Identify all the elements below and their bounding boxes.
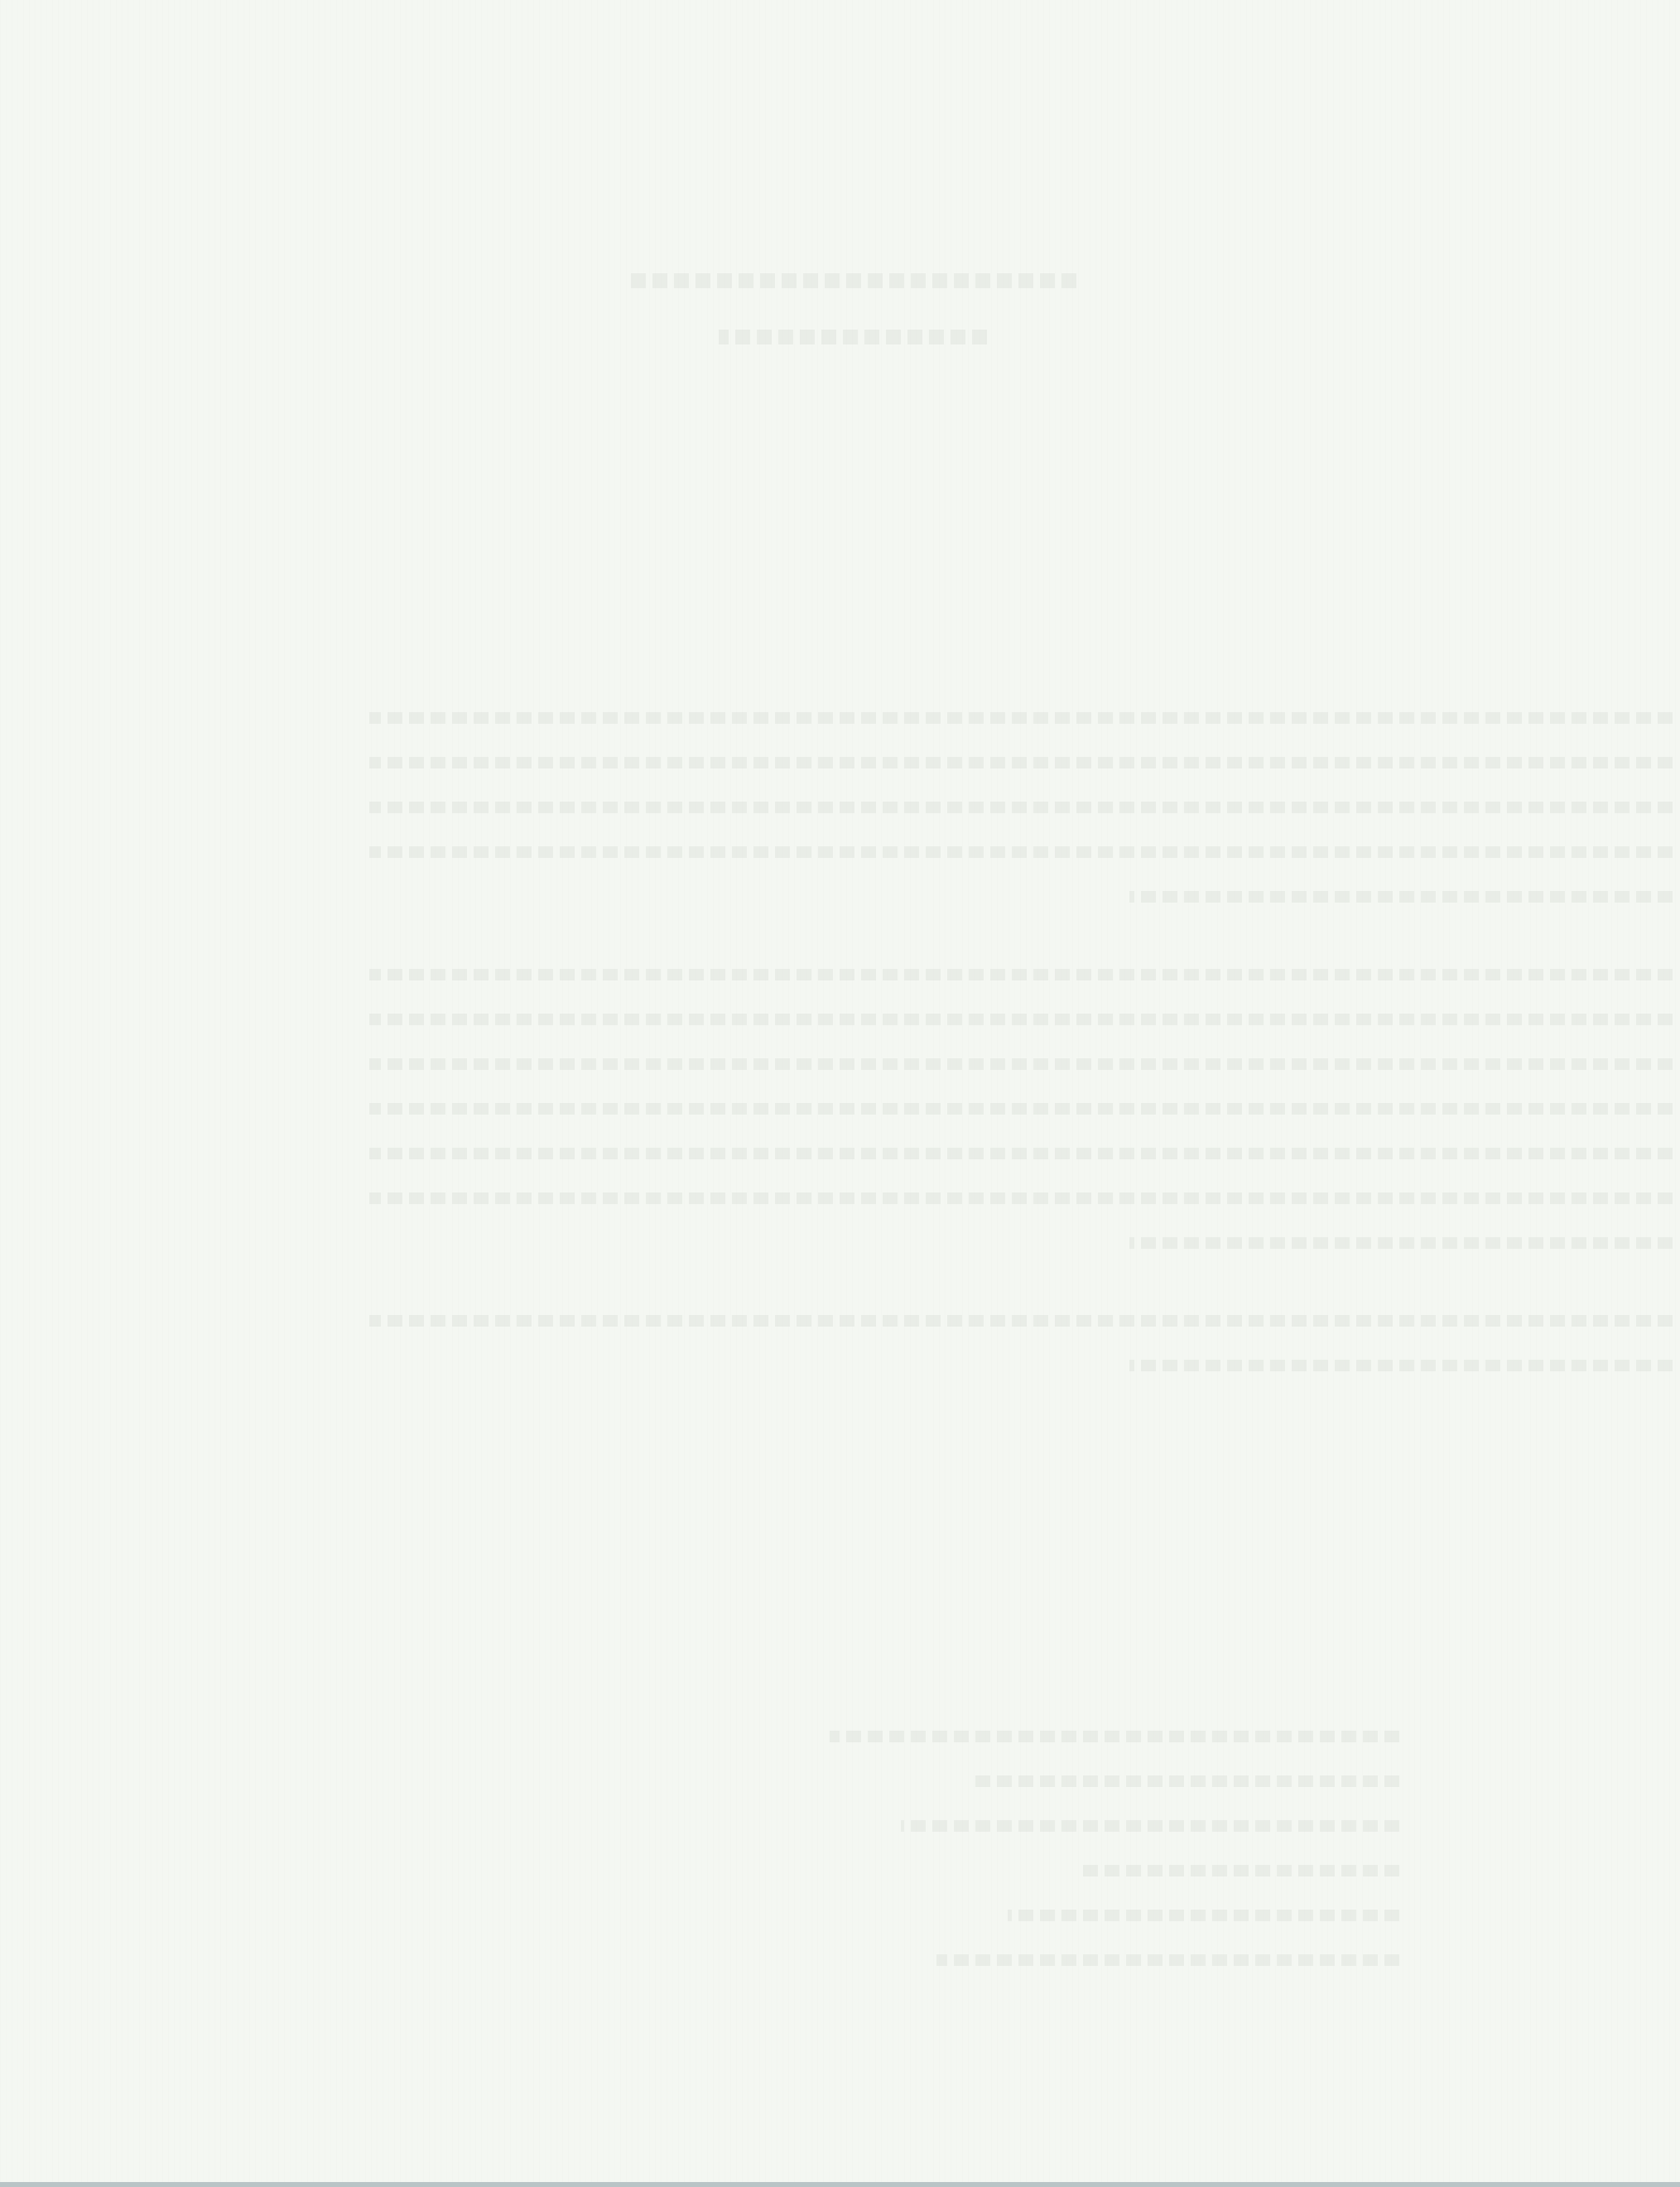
bleed-through-address — [687, 1731, 1399, 1999]
ghost-line — [1008, 1910, 1399, 1921]
ghost-line — [369, 1315, 1673, 1327]
bleed-through-body — [315, 712, 1673, 1438]
ghost-line — [369, 712, 1673, 724]
ghost-line — [369, 757, 1673, 768]
ghost-line — [369, 1192, 1673, 1204]
ghost-line — [629, 273, 1076, 288]
page-edge — [0, 2182, 1680, 2187]
ghost-line — [1129, 1360, 1673, 1371]
ghost-line — [936, 1954, 1399, 1966]
ghost-line — [369, 969, 1673, 980]
ghost-line — [369, 1103, 1673, 1115]
ghost-line — [1079, 1865, 1399, 1876]
ghost-line — [1129, 891, 1673, 903]
ghost-line — [369, 1148, 1673, 1159]
bleed-through-letterhead — [629, 273, 1076, 386]
ghost-line — [972, 1775, 1399, 1787]
ghost-line — [901, 1820, 1399, 1832]
ghost-line — [1129, 1237, 1673, 1249]
ghost-line — [369, 846, 1673, 858]
ghost-line — [369, 802, 1673, 813]
ghost-line — [830, 1731, 1399, 1742]
ghost-line — [719, 330, 987, 344]
ghost-line — [369, 1014, 1673, 1025]
ghost-line — [369, 1058, 1673, 1070]
